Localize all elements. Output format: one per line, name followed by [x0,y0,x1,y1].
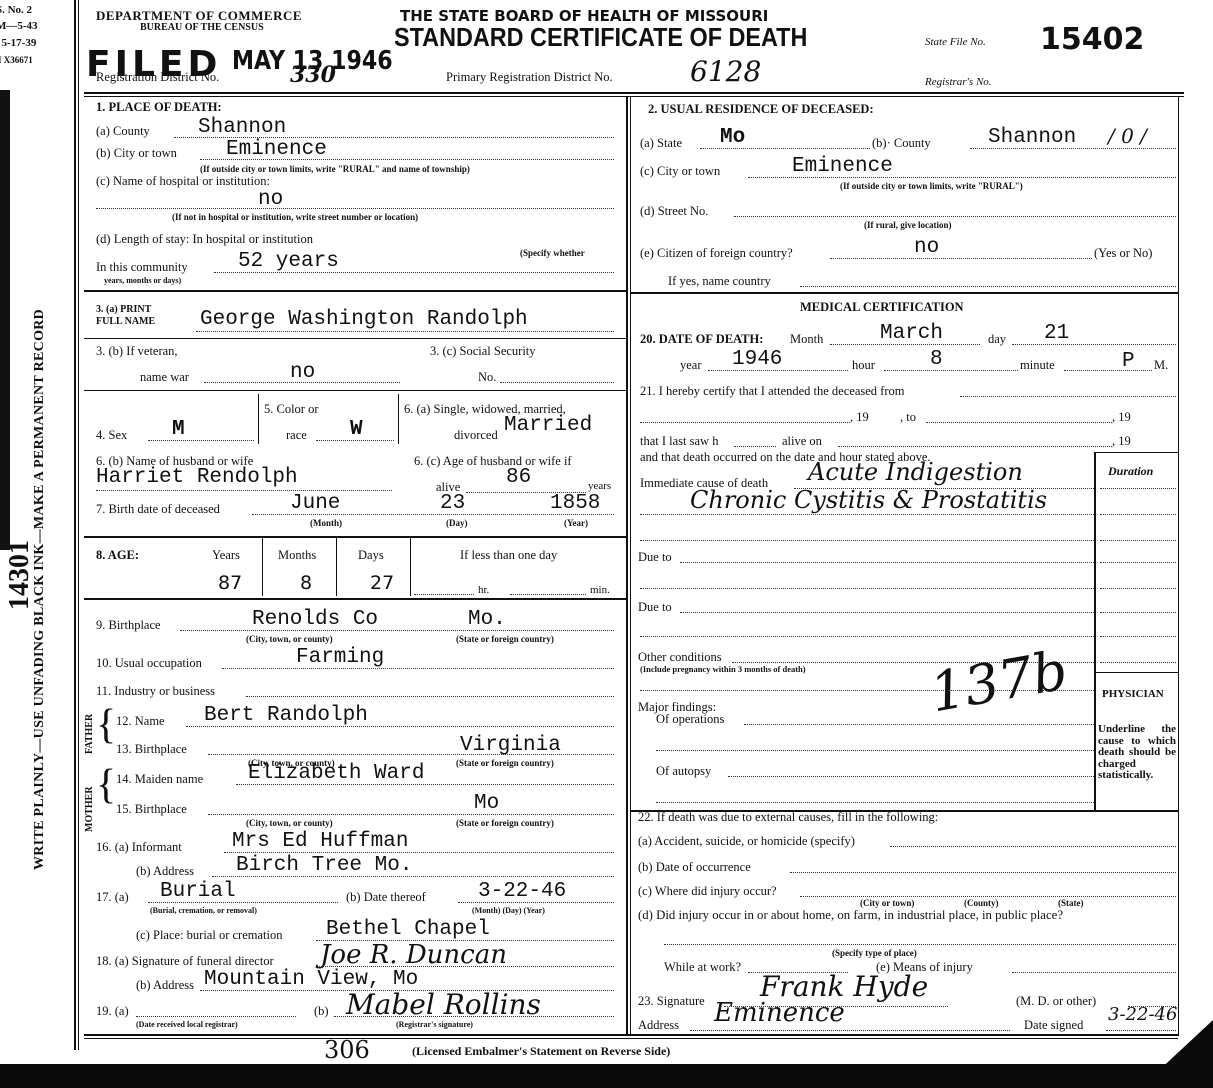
duration-field[interactable] [1100,636,1176,637]
informant-value: Mrs Ed Huffman [232,830,408,853]
pod-county-label: (a) County [96,124,150,139]
due-to-field-2[interactable] [680,612,1094,613]
death-day-value: 21 [1044,322,1069,345]
certify-line2a: , 19 [850,410,869,425]
industry-label: 11. Industry or business [96,684,215,699]
findings-field[interactable] [640,690,1094,691]
age-days-value: 27 [370,572,394,594]
full-name-value: George Washington Randolph [200,308,528,331]
other-conditions-label: Other conditions [638,650,722,665]
occupation-label: 10. Usual occupation [96,656,202,671]
right-black-edge [1190,0,1213,1088]
res-citizen-suffix: (Yes or No) [1094,246,1152,261]
date-signed-label: Date signed [1024,1018,1083,1033]
death-hour-field[interactable] [884,370,1018,371]
autopsy-field-2[interactable] [656,802,1094,803]
operations-label: Of operations [656,712,724,727]
death-hour-label: hour [852,358,875,373]
father-tag: FATHER [84,714,95,754]
funeral-director-signature: Joe R. Duncan [320,940,507,970]
certify-line2b: , to [900,410,916,425]
residence-heading: 2. USUAL RESIDENCE OF DECEASED: [648,102,874,117]
res-country-label: If yes, name country [668,274,771,289]
mother-birthplace-value: Mo [474,792,499,815]
cause-code: 137b [926,639,1072,725]
sex-value: M [172,418,185,441]
age-years-value: 87 [218,572,242,594]
certify-line2c: , 19 [1112,410,1131,425]
registrar-signature-caption: (Registrar's signature) [396,1020,473,1029]
external-d-field[interactable] [664,944,1176,945]
age-hr-field[interactable] [414,594,474,595]
age-years-label: Years [212,548,240,563]
birth-date-label: 7. Birth date of deceased [96,502,220,517]
pod-community-label: In this community [96,260,188,275]
black-tab [0,90,10,550]
pod-community-value: 52 years [238,250,339,273]
certify-from-field[interactable] [960,396,1176,397]
right-border [1178,96,1179,1036]
duration-field[interactable] [1100,562,1176,563]
death-year-label: year [680,358,702,373]
duration-field[interactable] [1100,662,1176,663]
certify-pronoun-field[interactable] [734,446,776,447]
res-citizen-field[interactable] [830,258,1092,259]
informant-label: 16. (a) Informant [96,840,182,855]
informant-address-value: Birch Tree Mo. [236,854,412,877]
res-state-label: (a) State [640,136,682,151]
informant-address-label: (b) Address [136,864,194,879]
spouse-value: Harriet Rendolph [96,466,298,489]
birth-month-value: June [290,492,340,515]
birthplace-city-caption: (City, town, or county) [246,634,333,644]
res-country-field[interactable] [800,286,1176,287]
page-corner-fold [1140,1020,1213,1088]
birth-day-value: 23 [440,492,465,515]
external-d-label: (d) Did injury occur in or about home, o… [638,908,1063,923]
res-county-code: / 0 / [1108,124,1147,148]
footer-note: (Licensed Embalmer's Statement on Revers… [412,1044,670,1059]
cause-field-3[interactable] [640,540,1094,541]
physician-signature-label: 23. Signature [638,994,705,1009]
funeral-director-label: 18. (a) Signature of funeral director [96,954,274,969]
duration-field[interactable] [1100,540,1176,541]
left-margin: S. No. 2 M—5-43 . 5-17-39 I X36671 14301… [0,0,82,1088]
margin-rule [74,0,76,1050]
autopsy-field[interactable] [728,776,1094,777]
burial-place-value: Bethel Chapel [326,918,490,941]
state-file-label: State File No. [925,36,986,48]
death-minute-label: minute [1020,358,1055,373]
due-to-field-2b[interactable] [640,636,1094,637]
means-field[interactable] [1012,972,1176,973]
pod-stay-note: (Specify whether [520,248,585,258]
operations-field[interactable] [744,724,1094,725]
physician-heading: PHYSICIAN [1102,688,1164,700]
res-city-label: (c) City or town [640,164,720,179]
death-day-label: day [988,332,1006,347]
full-name-field[interactable] [196,331,614,332]
external-a-field[interactable] [890,846,1176,847]
death-day-field[interactable] [1012,344,1176,345]
state-file-value: 15402 [1040,22,1144,57]
external-c-caption-state: (State) [1058,898,1084,908]
res-city-value: Eminence [792,155,893,178]
due-to-field-1b[interactable] [640,588,1094,589]
duration-top-rule [1094,452,1178,453]
physician-address-field[interactable] [690,1030,1010,1031]
birthplace-state-value: Mo. [468,608,506,631]
father-state-caption: (State or foreign country) [456,758,554,768]
column-divider [630,96,631,1036]
pod-hospital-note: (If not in hospital or institution, writ… [172,212,418,222]
mother-state-caption: (State or foreign country) [456,818,554,828]
birth-year-value: 1858 [550,492,600,515]
burial-value: Burial [160,880,236,903]
res-county-label: (b)· County [872,136,931,151]
duration-field[interactable] [1100,488,1176,489]
registrar-date-caption: (Date received local registrar) [136,1020,238,1029]
pod-hospital-field[interactable] [96,208,614,209]
war-value: no [290,361,315,384]
pod-county-value: Shannon [198,116,286,139]
spouse-field[interactable] [96,490,392,491]
work-label: While at work? [664,960,741,975]
pod-city-note: (If outside city or town limits, write "… [200,164,470,174]
registrar-no-label: Registrar's No. [925,76,992,88]
age-months-value: 8 [300,572,312,594]
md-label: (M. D. or other) [1016,994,1096,1009]
registrar-label-b: (b) [314,1004,329,1019]
external-b-label: (b) Date of occurrence [638,860,751,875]
res-street-note: (If rural, give location) [864,220,951,230]
section-rule [84,536,626,538]
year-caption: (Year) [564,518,588,528]
mother-birthplace-field[interactable] [208,814,614,815]
cell-divider [410,538,411,596]
primary-district-label: Primary Registration District No. [446,70,613,85]
section-rule [630,292,1178,294]
other-conditions-note: (Include pregnancy within 3 months of de… [640,664,806,674]
mother-city-caption: (City, town, or county) [246,818,333,828]
death-date-label: 20. DATE OF DEATH: [640,332,763,347]
res-street-field[interactable] [734,216,1176,217]
external-c-field[interactable] [800,896,1176,897]
burial-date-label: (b) Date thereof [346,890,426,905]
form-code: . 5-17-39 [0,37,36,49]
pod-stay-label: (d) Length of stay: In hospital or insti… [96,232,313,247]
color-label-bottom: race [286,428,307,443]
duration-field[interactable] [1100,588,1176,589]
occupation-field[interactable] [222,668,614,669]
certify-to-field[interactable] [926,422,1112,423]
certificate-title: STANDARD CERTIFICATE OF DEATH [394,22,807,53]
registrar-label-a: 19. (a) [96,1004,129,1019]
spouse-age-label: 6. (c) Age of husband or wife if [414,454,572,469]
medical-heading: MEDICAL CERTIFICATION [800,300,964,315]
death-month-value: March [880,322,943,345]
father-birthplace-value: Virginia [460,734,561,757]
funeral-director-address-label: (b) Address [136,978,194,993]
age-months-label: Months [278,548,316,563]
burial-caption: (Burial, cremation, or removal) [150,906,257,915]
sex-label: 4. Sex [96,428,127,443]
mother-name-value: Elizabeth Ward [248,762,424,785]
duration-field[interactable] [1100,612,1176,613]
due-to-label-2: Due to [638,600,672,615]
death-hour-value: 8 [930,348,943,371]
cell-divider [336,538,337,596]
death-ampm-value: P [1122,350,1135,373]
cell-divider [262,538,263,596]
burial-date-caption: (Month) (Day) (Year) [472,906,545,915]
spouse-age-value: 86 [506,466,531,489]
external-b-field[interactable] [790,872,1176,873]
day-caption: (Day) [446,518,468,528]
operations-field-2[interactable] [656,750,1094,751]
due-to-field-1[interactable] [680,562,1094,563]
duration-divider [1094,452,1096,812]
pod-hospital-label: (c) Name of hospital or institution: [96,174,270,189]
color-label-top: 5. Color or [264,402,319,417]
mother-tag: MOTHER [84,786,95,832]
res-county-value: Shannon [988,126,1076,149]
bureau-title: BUREAU OF THE CENSUS [140,22,264,33]
duration-field[interactable] [1100,514,1176,515]
ssn-label: 3. (c) Social Security [430,344,536,359]
column-divider [626,96,628,1036]
immediate-cause-field-2[interactable] [640,514,1094,515]
immediate-cause-value-1: Acute Indigestion [808,458,1023,486]
father-name-label: 12. Name [116,714,165,729]
ssn-field[interactable] [500,382,614,383]
margin-rule [78,0,79,1050]
footer-number: 306 [324,1036,370,1064]
age-min-field[interactable] [510,594,586,595]
external-c-caption-county: (County) [964,898,999,908]
birthplace-state-caption: (State or foreign country) [456,634,554,644]
burial-label: 17. (a) [96,890,129,905]
footer-rule [84,1038,1178,1039]
external-heading: 22. If death was due to external causes,… [638,810,938,825]
industry-field[interactable] [246,696,614,697]
res-citizen-label: (e) Citizen of foreign country? [640,246,793,261]
physician-note: Underline the cause to which death shoul… [1098,724,1176,782]
war-label: name war [140,370,189,385]
cell-divider [398,394,399,444]
registrar-signature: Mabel Rollins [346,988,541,1021]
less-than-day-label: If less than one day [460,548,557,563]
age-min-label: min. [590,584,610,596]
res-city-note: (If outside city or town limits, write "… [840,181,1023,191]
section-rule [84,338,626,339]
header-rule [84,96,1184,97]
pod-city-label: (b) City or town [96,146,177,161]
marital-label-bottom: divorced [454,428,498,443]
place-of-death-heading: 1. PLACE OF DEATH: [96,100,222,115]
mother-brace: { [96,764,116,806]
section-rule [84,390,626,391]
vertical-instruction: WRITE PLAINLY—USE UNFADING BLACK INK—MAK… [32,309,48,870]
duration-bottom-rule [1096,672,1178,673]
res-street-label: (d) Street No. [640,204,708,219]
external-c-label: (c) Where did injury occur? [638,884,777,899]
father-name-value: Bert Randolph [204,704,368,727]
birthplace-city-value: Renolds Co [252,608,378,631]
birthplace-label: 9. Birthplace [96,618,161,633]
physician-address-value: Eminence [714,998,845,1028]
color-value: W [350,418,363,441]
father-birthplace-label: 13. Birthplace [116,742,187,757]
death-minute-field[interactable] [1064,370,1152,371]
physician-address-label: Address [638,1018,679,1033]
cell-divider [258,394,259,444]
form-code: M—5-43 [0,20,38,32]
marital-value: Married [504,414,592,437]
certify-line3c: , 19 [1112,434,1131,449]
pod-hospital-value: no [258,188,283,211]
res-state-value: Mo [720,126,745,149]
duration-label: Duration [1108,464,1153,479]
primary-district-value: 6128 [690,55,761,88]
immediate-cause-value-2: Chronic Cystitis & Prostatitis [690,486,1047,514]
death-month-label: Month [790,332,823,347]
certify-line1: 21. I hereby certify that I attended the… [640,384,904,399]
veteran-label: 3. (b) If veteran, [96,344,178,359]
father-brace: { [96,704,116,746]
age-hr-label: hr. [478,584,489,596]
birthplace-field[interactable] [180,630,614,631]
autopsy-label: Of autopsy [656,764,711,779]
spouse-years-label: years [588,480,611,492]
header-rule [84,92,1184,94]
mother-name-label: 14. Maiden name [116,772,203,787]
due-to-label-1: Due to [638,550,672,565]
footer-rule [84,1034,1178,1036]
external-d-caption: (Specify type of place) [832,948,917,958]
death-year-value: 1946 [732,348,782,371]
registration-district-label: Registration District No. [96,70,219,85]
pod-community-note: years, months or days) [104,276,181,285]
external-c-caption-city: (City or town) [860,898,914,908]
age-heading: 8. AGE: [96,548,139,563]
registrar-date-field[interactable] [136,1016,296,1017]
death-m-label: M. [1154,358,1168,373]
certify-from-date-field[interactable] [640,422,850,423]
burial-date-value: 3-22-46 [478,880,566,903]
external-a-label: (a) Accident, suicide, or homicide (spec… [638,834,855,849]
pod-city-value: Eminence [226,138,327,161]
month-caption: (Month) [310,518,342,528]
burial-place-label: (c) Place: burial or cremation [136,928,282,943]
bottom-black-band [0,1064,1213,1088]
section-rule [84,598,626,600]
occupation-value: Farming [296,646,384,669]
form-code: S. No. 2 [0,4,32,16]
form-code: I X36671 [0,55,33,65]
sex-field[interactable] [148,440,254,441]
section-rule [84,290,626,292]
name-label-bottom: FULL NAME [96,316,155,327]
ssn-no-label: No. [478,370,496,385]
name-label-top: 3. (a) PRINT [96,304,151,315]
age-days-label: Days [358,548,384,563]
certify-line3b: alive on [782,434,822,449]
registration-district-value: 330 [290,62,336,88]
certify-alive-field[interactable] [838,446,1112,447]
mother-birthplace-label: 15. Birthplace [116,802,187,817]
certify-line3a: that I last saw h [640,434,718,449]
res-citizen-value: no [914,236,939,259]
